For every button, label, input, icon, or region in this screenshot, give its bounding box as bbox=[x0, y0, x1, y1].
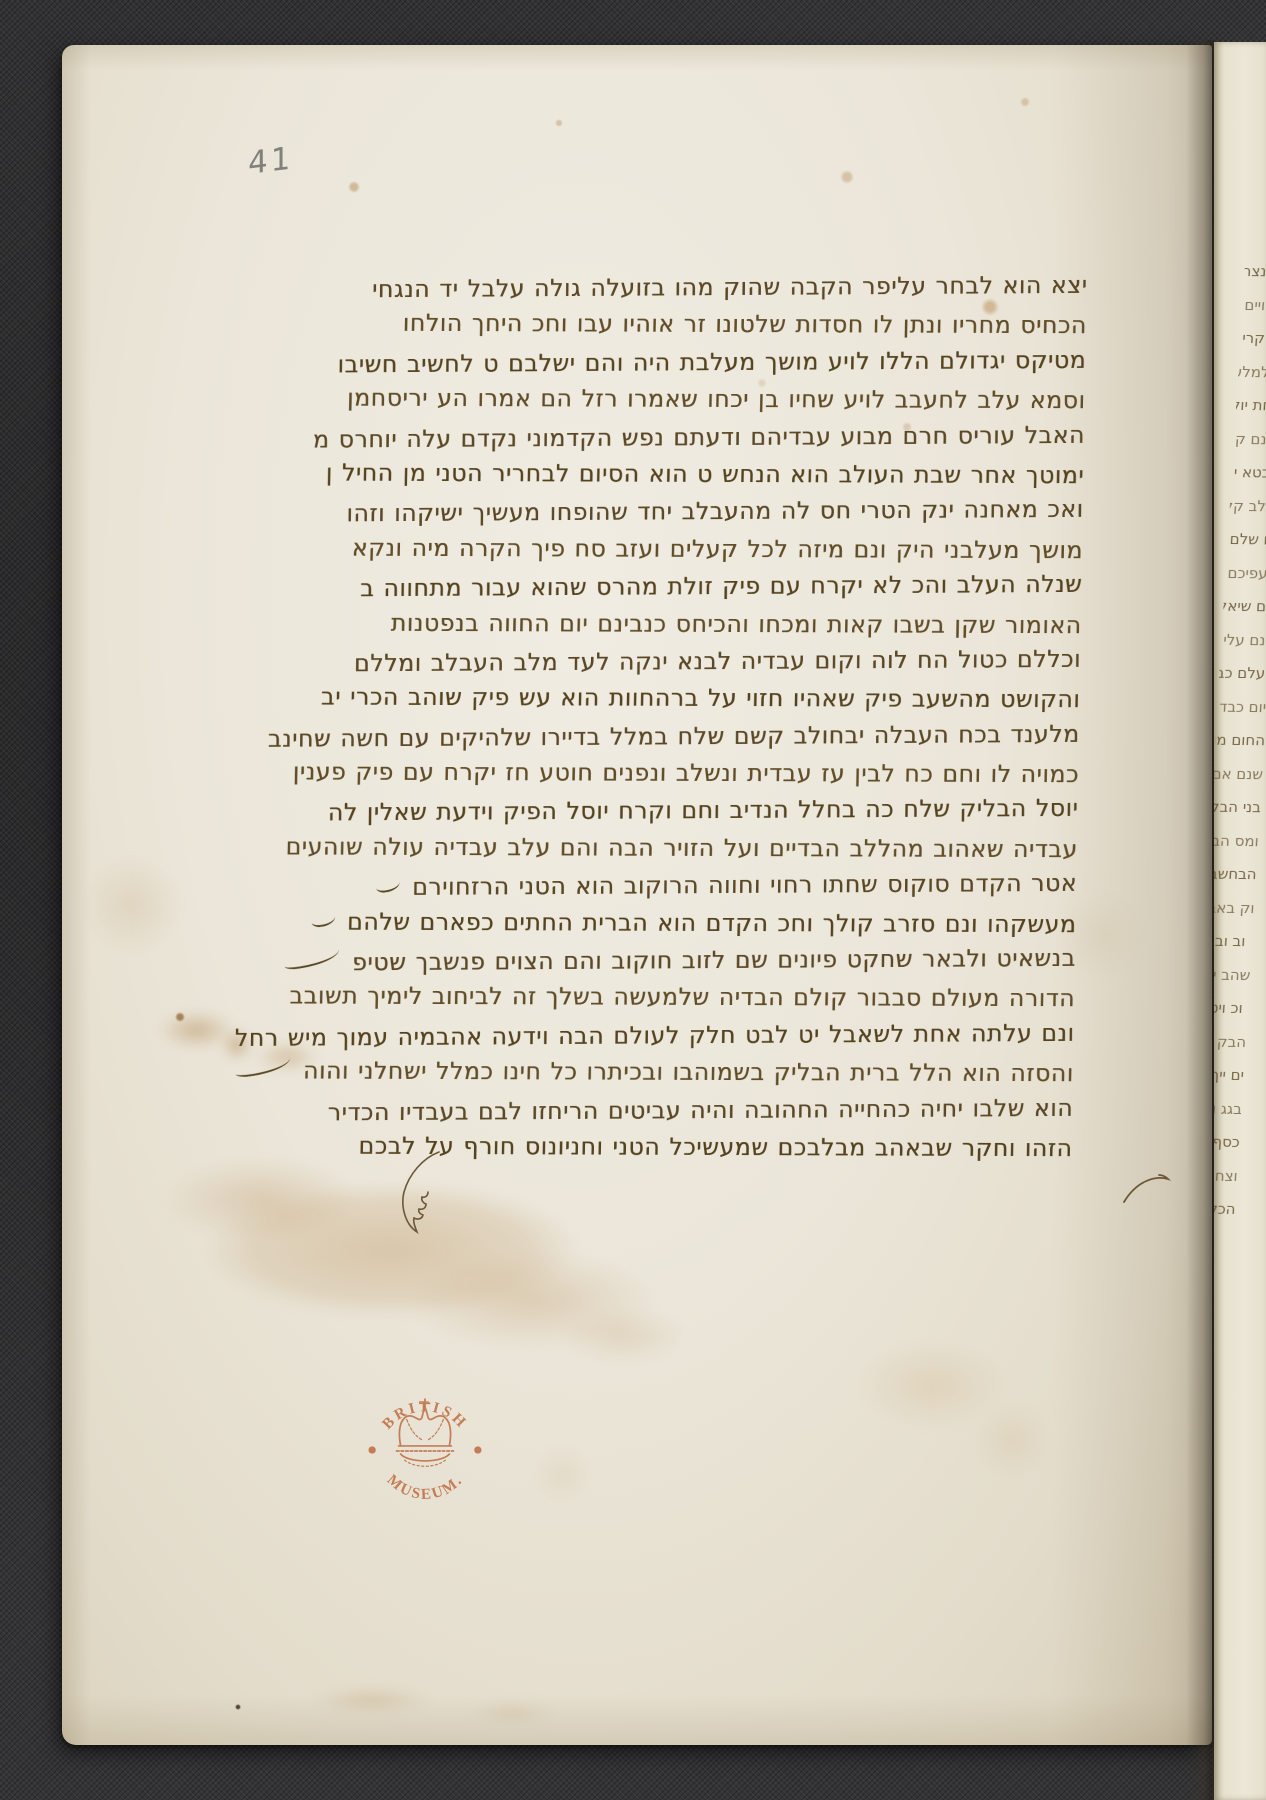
edge-line: הבק וצוו bbox=[1214, 1025, 1247, 1059]
text-block: יצא הוא לבחר עליפר הקבה שהוק מהו בזועלה … bbox=[372, 269, 1088, 1166]
manuscript-line-text: כמויה לו וחם כח לבין עז עבדית ונשלב ונפנ… bbox=[293, 758, 1080, 789]
manuscript-line-text: מעשקהו ונם סזרב קולך וחכ הקדם הוא הברית … bbox=[347, 907, 1077, 938]
line-filler-flourish bbox=[283, 946, 341, 971]
manuscript-line: והקושט מהשעב פיק שאהיו חזוי על ברהחוות ה… bbox=[380, 679, 1081, 719]
edge-line: וב ובק bbox=[1214, 925, 1253, 959]
edge-line: כסף ישן bbox=[1214, 1126, 1241, 1160]
folio-number: 41 bbox=[248, 140, 293, 182]
edge-line: לבטא י bbox=[1231, 456, 1266, 490]
edge-line: נם עלי bbox=[1220, 623, 1266, 657]
edge-line: ים ייך בק bbox=[1214, 1059, 1245, 1093]
edge-line: ומס הבק bbox=[1214, 824, 1260, 858]
manuscript-line-text: בנשאיט ולבאר שחקט פיונים שם לזוב חוקוב ו… bbox=[352, 944, 1076, 976]
manuscript-line: עבדיה שאהוב מהללב הבדיים ועל הזויר הבה ו… bbox=[377, 829, 1078, 869]
edge-line: הבחשבט bbox=[1214, 858, 1258, 892]
manuscript-line-text: הדורה מעולם סבבור קולם הבדיה שלמעשה בשלך… bbox=[289, 982, 1075, 1013]
stamp-bottom-text: MUSEUM. bbox=[384, 1471, 467, 1503]
manuscript-line-text: והסזה הוא הלל ברית הבליק בשמוהבו ובכיתרו… bbox=[303, 1057, 1074, 1088]
manuscript-line: הוא שלבו יחיה כהחייה החהובה והיה עביטים … bbox=[373, 1089, 1073, 1131]
line-filler-flourish bbox=[376, 879, 401, 894]
british-museum-stamp: BRITISH MUSEUM. bbox=[364, 1389, 486, 1511]
edge-line: ועפיכם bbox=[1225, 556, 1266, 590]
manuscript-line-text: יצא הוא לבחר עליפר הקבה שהוק מהו בזועלה … bbox=[372, 271, 1088, 303]
manuscript-line: שנלה העלב והכ לא יקרח עם פיק זולת מהרס ש… bbox=[382, 566, 1082, 608]
svg-text:MUSEUM.: MUSEUM. bbox=[384, 1471, 467, 1503]
manuscript-line: הזהו וחקר שבאהב מבלבכם שמעשיכל הטני וחני… bbox=[372, 1128, 1073, 1168]
manuscript-line: יוסל הבליק שלח כה בחלל הנדיב וחם וקרח יו… bbox=[378, 790, 1078, 832]
manuscript-line-text: ואכ מאחנה ינק הטרי חס לה מהעבלב יחד שהופ… bbox=[346, 495, 1084, 528]
manuscript-line-text: האומור שקן בשבו קאות ומכחו והכיחס כנבינם… bbox=[391, 608, 1082, 638]
manuscript-line-text: הזהו וחקר שבאהב מבלבכם שמעשיכל הטני וחני… bbox=[358, 1132, 1073, 1162]
manuscript-line: ונם עלתה אחת לשאבל יט לבט חלק לעולם הבה … bbox=[374, 1015, 1074, 1057]
manuscript-line: וסמא עלב לחעבב לויע שחיו בן יכחו שאמרו ר… bbox=[385, 380, 1086, 420]
edge-line: שהב ידות bbox=[1214, 958, 1251, 992]
manuscript-line: מלענד בכח העבלה יבחולב קשם שלח במלל בדיי… bbox=[379, 716, 1079, 758]
edge-line: החום מום bbox=[1214, 724, 1266, 758]
manuscript-line: כמויה לו וחם כח לבין עז עבדית ונשלב ונפנ… bbox=[379, 754, 1080, 794]
edge-line: בו נם קחוק bbox=[1233, 422, 1266, 456]
manuscript-line: בנשאיט ולבאר שחקט פיונים שם לזוב חוקוב ו… bbox=[376, 940, 1076, 982]
manuscript-line-text: האבל עוריס חרם מבוע עבדיהם ודעתם נפש הקד… bbox=[313, 420, 1085, 453]
line-filler-flourish bbox=[311, 913, 336, 928]
manuscript-line-text: אטר הקדם סוקוס שחתו רחוי וחווה הרוקוב הו… bbox=[412, 869, 1077, 901]
edge-line: בגג ועוד bbox=[1214, 1092, 1243, 1126]
manuscript-line-text: והקושט מהשעב פיק שאהיו חזוי על ברהחוות ה… bbox=[321, 683, 1081, 714]
ink-flourish bbox=[1122, 1172, 1172, 1208]
manuscript-line: מושך מעלבני היק ונם מיזה לכל קעלים ועזב … bbox=[383, 530, 1084, 570]
quill-doodle bbox=[395, 1148, 445, 1238]
manuscript-line: וכללם כטול הח לוה וקום עבדיה לבנא ינקה ל… bbox=[381, 641, 1081, 683]
edge-line: ביות bbox=[1214, 1226, 1235, 1260]
edge-line: ישלב קק bbox=[1229, 489, 1266, 523]
manuscript-line-text: הוא שלבו יחיה כהחייה החהובה והיה עביטים … bbox=[328, 1093, 1074, 1126]
edge-line: בני הבל bbox=[1214, 791, 1262, 825]
stamp-dot-right bbox=[474, 1446, 481, 1453]
manuscript-line: ימוטך אחר שבת העולב הוא הנחש ט הוא הסיום… bbox=[384, 455, 1085, 495]
edge-line: שנם אם ב bbox=[1214, 757, 1264, 791]
manuscript-line: האבל עוריס חרם מבוע עבדיהם ודעתם נפש הקד… bbox=[385, 416, 1085, 458]
edge-line: וכ ויטר bbox=[1214, 992, 1249, 1026]
photo-scene: 41 יצא הוא לבחר עליפר הקבה שהוק מהו בזוע… bbox=[0, 0, 1266, 1800]
manuscript-line: ואכ מאחנה ינק הטרי חס לה מהעבלב יחד שהופ… bbox=[383, 491, 1083, 533]
edge-line: וים שיאק bbox=[1222, 590, 1266, 624]
manuscript-line-text: מטיקס יגדולם הללו לויע מושך מעלבת היה וה… bbox=[337, 346, 1086, 379]
manuscript-line-text: שנלה העלב והכ לא יקרח עם פיק זולת מהרס ש… bbox=[360, 570, 1082, 602]
manuscript-line-text: וסמא עלב לחעבב לויע שחיו בן יכחו שאמרו ר… bbox=[347, 384, 1086, 415]
manuscript-line: והסזה הוא הלל ברית הבליק בשמוהבו ובכיתרו… bbox=[373, 1053, 1074, 1093]
manuscript-line: הדורה מעולם סבבור קולם הבדיה שלמעשה בשלך… bbox=[375, 978, 1076, 1018]
fore-edge-text: אלטנצחשלזוייםוך קריבאלמלעבזחת יוללבו נם … bbox=[1214, 255, 1266, 1260]
edge-line: ועלם כב bbox=[1218, 657, 1266, 691]
edge-line: אלטנצח bbox=[1243, 255, 1266, 289]
edge-line: ם שלם bbox=[1227, 523, 1266, 557]
edge-line: וצח חלם bbox=[1214, 1159, 1239, 1193]
edge-line: יום כבד bbox=[1216, 690, 1266, 724]
manuscript-line-text: ימוטך אחר שבת העולב הוא הנחש ט הוא הסיום… bbox=[326, 459, 1085, 490]
edge-line: וך קרי bbox=[1239, 322, 1266, 356]
manuscript-line: אטר הקדם סוקוס שחתו רחוי וחווה הרוקוב הו… bbox=[377, 865, 1077, 907]
manuscript-line-text: ונם עלתה אחת לשאבל יט לבט חלק לעולם הבה … bbox=[235, 1019, 1075, 1052]
manuscript-line: מטיקס יגדולם הללו לויע מושך מעלבת היה וה… bbox=[386, 342, 1086, 384]
edge-line: בזחת יולל bbox=[1235, 389, 1266, 423]
line-filler-flourish bbox=[234, 1054, 292, 1078]
backing-fabric: { "colors": { "fabric": "#343436", "pape… bbox=[0, 0, 1266, 1800]
edge-line: באלמלע bbox=[1237, 355, 1266, 389]
manuscript-line: יצא הוא לבחר עליפר הקבה שהוק מהו בזועלה … bbox=[387, 267, 1087, 309]
fore-edge-page: אלטנצחשלזוייםוך קריבאלמלעבזחת יוללבו נם … bbox=[1214, 42, 1266, 1800]
manuscript-line: מעשקהו ונם סזרב קולך וחכ הקדם הוא הברית … bbox=[376, 903, 1077, 943]
edge-line: וק באב הם bbox=[1214, 891, 1256, 925]
edge-line: שלזויים bbox=[1241, 289, 1266, 323]
manuscript-line: האומור שקן בשבו קאות ומכחו והכיחס כנבינם… bbox=[381, 604, 1082, 644]
manuscript-line: הכחיס מחריו ונתן לו חסדות שלטונו זר אוהי… bbox=[386, 305, 1087, 345]
edge-line: הכל נחת bbox=[1214, 1192, 1237, 1226]
manuscript-line-text: הכחיס מחריו ונתן לו חסדות שלטונו זר אוהי… bbox=[403, 309, 1088, 339]
manuscript-line-text: מושך מעלבני היק ונם מיזה לכל קעלים ועזב … bbox=[352, 533, 1084, 564]
manuscript-line-text: עבדיה שאהוב מהללב הבדיים ועל הזויר הבה ו… bbox=[285, 832, 1078, 863]
manuscript-line-text: מלענד בכח העבלה יבחולב קשם שלח במלל בדיי… bbox=[268, 720, 1080, 753]
manuscript-line-text: וכללם כטול הח לוה וקום עבדיה לבנא ינקה ל… bbox=[354, 645, 1081, 677]
manuscript-line-text: יוסל הבליק שלח כה בחלל הנדיב וחם וקרח יו… bbox=[328, 794, 1079, 827]
manuscript-page: 41 יצא הוא לבחר עליפר הקבה שהוק מהו בזוע… bbox=[62, 45, 1212, 1745]
stamp-dot-left bbox=[368, 1446, 375, 1453]
